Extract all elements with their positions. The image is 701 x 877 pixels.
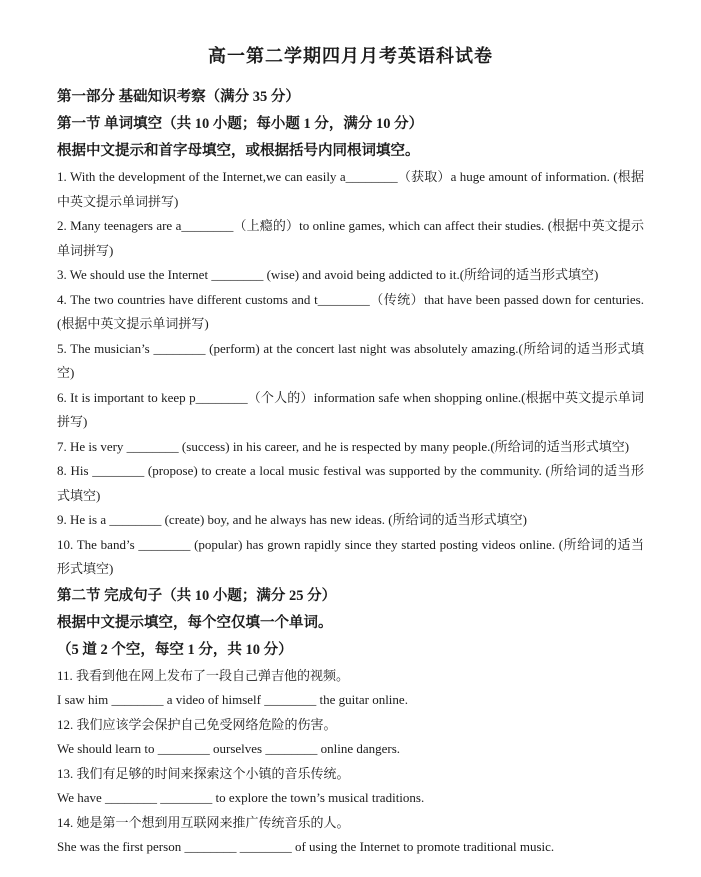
question-11-english: I saw him ________ a video of himself __… — [57, 688, 644, 713]
section2-instructions-1: 根据中文提示填空，每个空仅填一个单词。 — [57, 610, 644, 637]
question-5: 5. The musician’s ________ (perform) at … — [57, 337, 644, 386]
exam-paper-page: 高一第二学期四月月考英语科试卷 第一部分 基础知识考察（满分 35 分） 第一节… — [0, 0, 701, 877]
question-14-chinese: 14. 她是第一个想到用互联网来推广传统音乐的人。 — [57, 811, 644, 836]
question-4: 4. The two countries have different cust… — [57, 288, 644, 337]
section1-instructions: 根据中文提示和首字母填空，或根据括号内同根词填空。 — [57, 138, 644, 165]
page-title: 高一第二学期四月月考英语科试卷 — [57, 44, 644, 68]
section2-instructions-2: （5 道 2 个空，每空 1 分，共 10 分） — [57, 637, 644, 664]
question-3: 3. We should use the Internet ________ (… — [57, 263, 644, 288]
question-11-chinese: 11. 我看到他在网上发布了一段自己弹吉他的视频。 — [57, 664, 644, 689]
question-6: 6. It is important to keep p________（个人的… — [57, 386, 644, 435]
question-13-chinese: 13. 我们有足够的时间来探索这个小镇的音乐传统。 — [57, 762, 644, 787]
question-14-english: She was the first person ________ ______… — [57, 835, 644, 860]
question-12-english: We should learn to ________ ourselves __… — [57, 737, 644, 762]
question-10: 10. The band’s ________ (popular) has gr… — [57, 533, 644, 582]
section1-heading: 第一节 单词填空（共 10 小题；每小题 1 分，满分 10 分） — [57, 111, 644, 138]
question-9: 9. He is a ________ (create) boy, and he… — [57, 508, 644, 533]
question-7: 7. He is very ________ (success) in his … — [57, 435, 644, 460]
question-1: 1. With the development of the Internet,… — [57, 165, 644, 214]
question-8: 8. His ________ (propose) to create a lo… — [57, 459, 644, 508]
question-12-chinese: 12. 我们应该学会保护自己免受网络危险的伤害。 — [57, 713, 644, 738]
part1-heading: 第一部分 基础知识考察（满分 35 分） — [57, 84, 644, 111]
question-13-english: We have ________ ________ to explore the… — [57, 786, 644, 811]
question-2: 2. Many teenagers are a________（上瘾的）to o… — [57, 214, 644, 263]
section2-heading: 第二节 完成句子（共 10 小题；满分 25 分） — [57, 583, 644, 610]
